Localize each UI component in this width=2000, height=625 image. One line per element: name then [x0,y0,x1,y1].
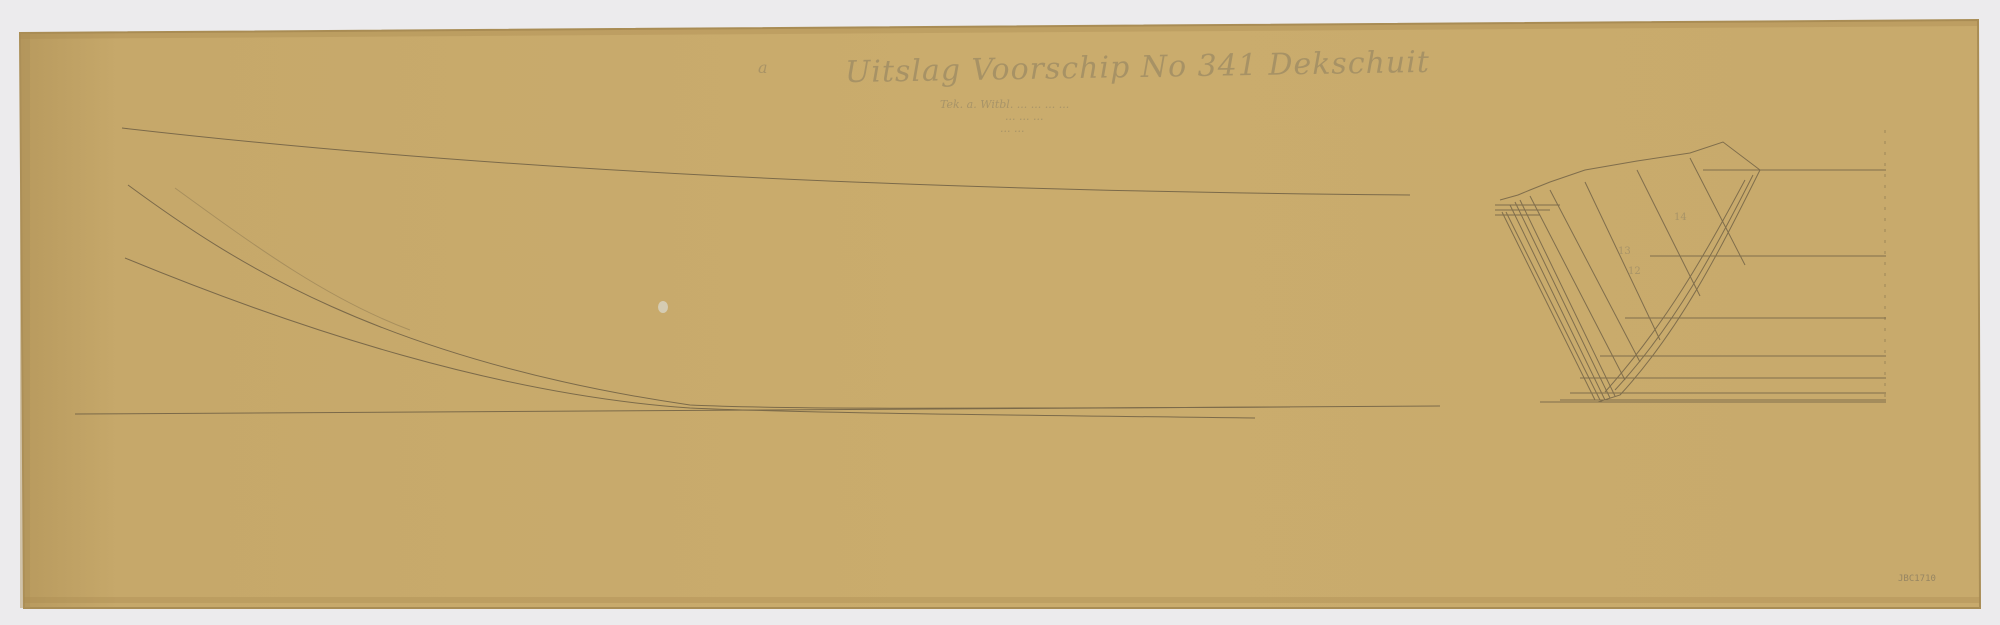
annotation-mark: a [758,58,768,77]
station-label-12: 12 [1628,266,1641,277]
station-label-14: 14 [1674,212,1687,223]
station-label-13: 13 [1618,246,1631,257]
subtitle-line-3: ... ... [1000,122,1024,135]
catalog-number: JBC1710 [1898,574,1936,584]
lines-plan-svg [0,0,2000,625]
drawing-sheet: a Uitslag Voorschip No 341 Dekschuit Tek… [0,0,2000,625]
